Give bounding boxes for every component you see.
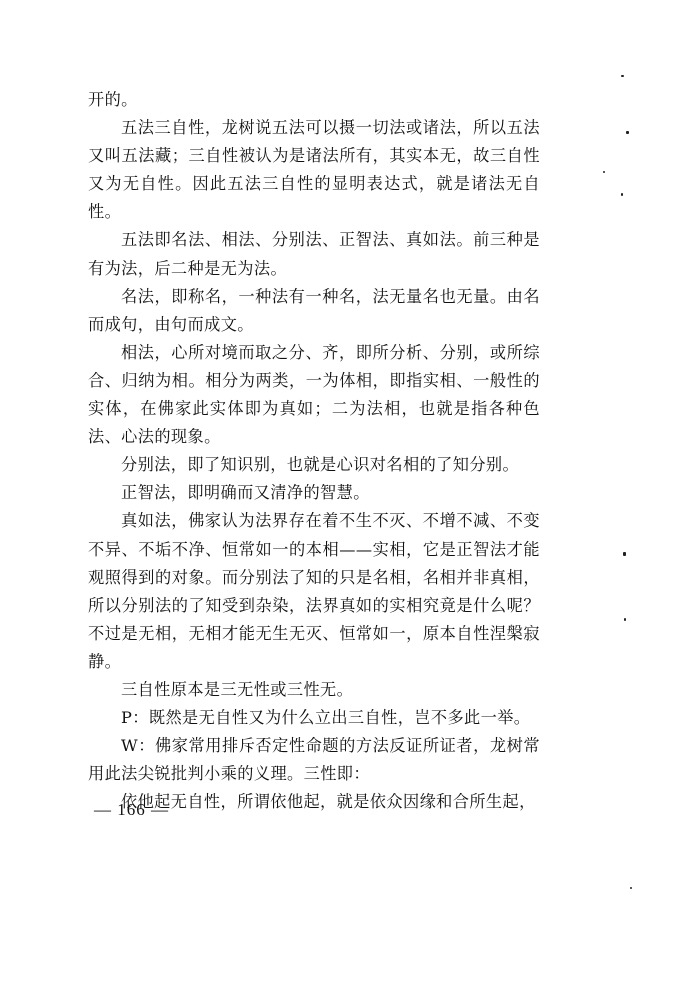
body-text: 开的。 五法三自性，龙树说五法可以摄一切法或诸法，所以五法又叫五法藏；三自性被认… <box>88 86 540 816</box>
paragraph-right-wisdom-dharma: 正智法，即明确而又清净的智慧。 <box>88 479 540 507</box>
paragraph-discrimination-dharma: 分别法，即了知识别，也就是心识对名相的了知分别。 <box>88 451 540 479</box>
page-number: — 166 — <box>94 800 169 820</box>
document-page: 开的。 五法三自性，龙树说五法可以摄一切法或诸法，所以五法又叫五法藏；三自性被认… <box>0 0 695 983</box>
paragraph-suchness-dharma: 真如法，佛家认为法界存在着不生不灭、不增不减、不变不异、不垢不净、恒常如一的本相… <box>88 507 540 676</box>
scan-speck <box>621 75 624 77</box>
paragraph-name-dharma: 名法，即称名，一种法有一种名，法无量名也无量。由名而成句，由句而成文。 <box>88 283 540 339</box>
scan-speck <box>624 618 626 621</box>
paragraph-continuation: 开的。 <box>88 86 540 114</box>
scan-speck <box>623 552 626 556</box>
paragraph-five-dharmas-list: 五法即名法、相法、分别法、正智法、真如法。前三种是有为法，后二种是无为法。 <box>88 226 540 282</box>
scan-speck <box>603 171 605 173</box>
scan-speck <box>630 887 632 889</box>
paragraph-five-dharmas-three-natures: 五法三自性，龙树说五法可以摄一切法或诸法，所以五法又叫五法藏；三自性被认为是诸法… <box>88 114 540 226</box>
paragraph-question-p: P：既然是无自性又为什么立出三自性，岂不多此一举。 <box>88 704 540 732</box>
paragraph-form-dharma: 相法，心所对境而取之分、齐，即所分析、分别，或所综合、归纳为相。相分为两类，一为… <box>88 339 540 451</box>
paragraph-three-non-natures: 三自性原本是三无性或三性无。 <box>88 676 540 704</box>
scan-speck <box>626 131 629 134</box>
scan-speck <box>621 193 623 196</box>
paragraph-answer-w: W：佛家常用排斥否定性命题的方法反证所证者，龙树常用此法尖锐批判小乘的义理。三性… <box>88 732 540 788</box>
